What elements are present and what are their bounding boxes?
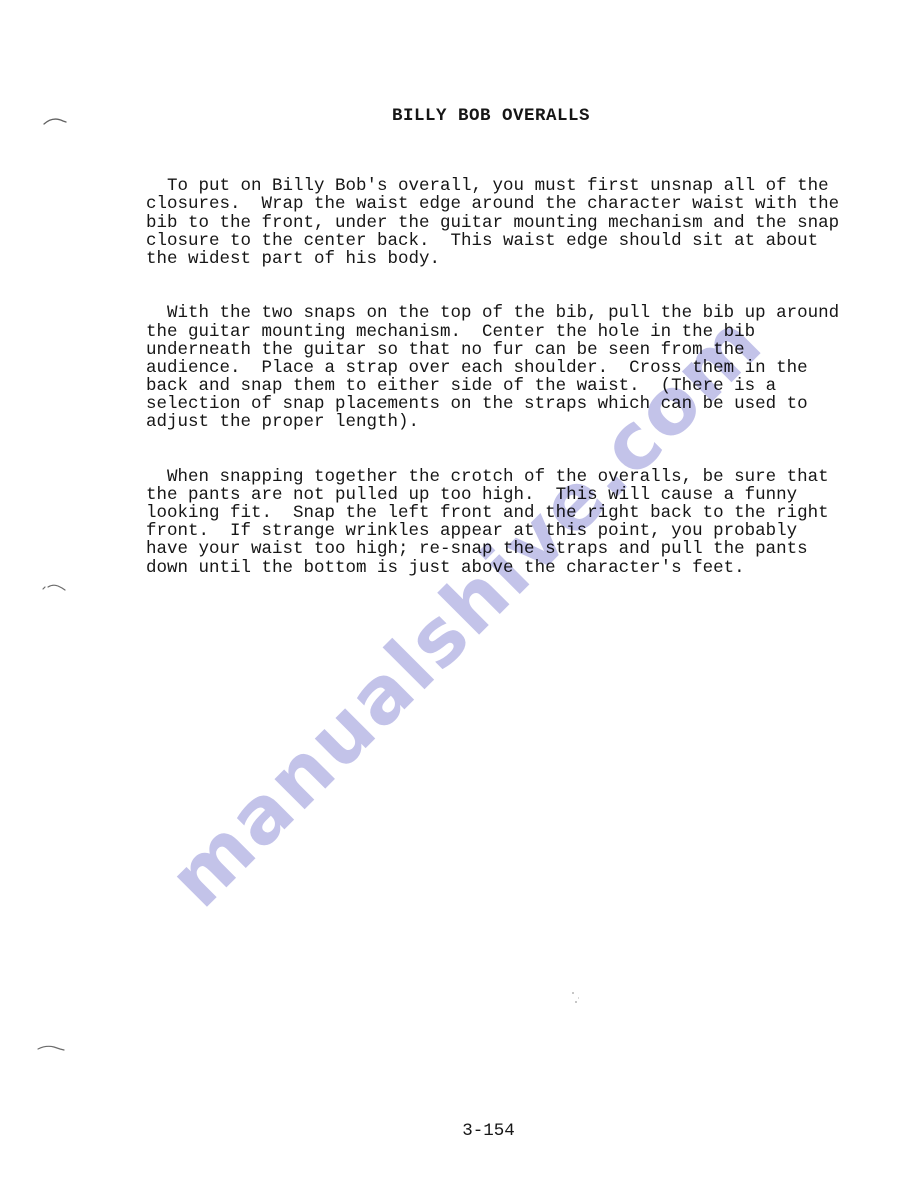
paragraph-crotch-snapping: When snapping together the crotch of the…	[146, 468, 839, 577]
page-number: 3-154	[146, 1121, 831, 1141]
scan-speck	[575, 1001, 577, 1003]
scan-artifact-mark	[40, 580, 72, 596]
document-body: To put on Billy Bob's overall, you must …	[146, 141, 839, 613]
page-title: BILLY BOB OVERALLS	[146, 106, 836, 126]
scan-speck	[572, 992, 574, 994]
scan-artifact-mark	[36, 1041, 68, 1055]
scan-artifact-mark	[41, 114, 71, 128]
scan-speck	[578, 997, 579, 999]
scanned-manual-page: BILLY BOB OVERALLS To put on Billy Bob's…	[0, 0, 919, 1189]
paragraph-bib-and-straps: With the two snaps on the top of the bib…	[146, 304, 839, 431]
paragraph-putting-on-overall: To put on Billy Bob's overall, you must …	[146, 177, 839, 268]
